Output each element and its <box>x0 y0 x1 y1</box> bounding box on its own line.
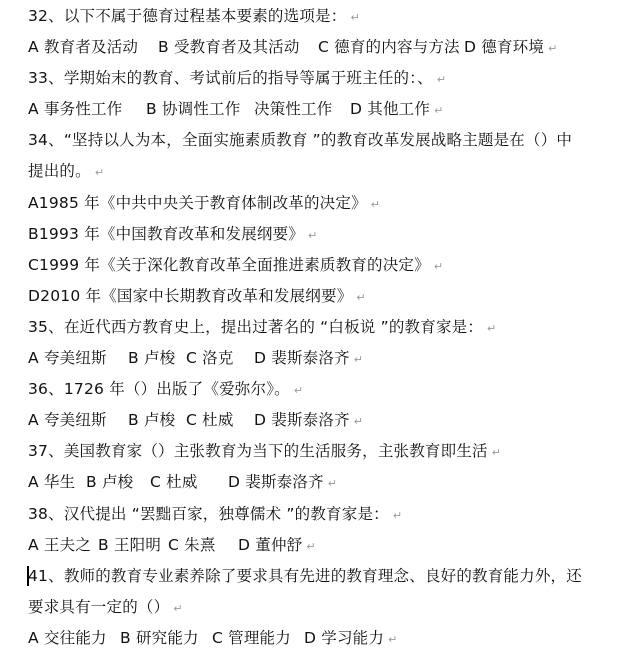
option-a: A 夸美纽斯 <box>28 348 128 368</box>
stem-text: 41、教师的教育专业素养除了要求具有先进的教育理念、良好的教育能力外，还 <box>28 567 582 585</box>
paragraph-mark-icon: ↵ <box>388 633 397 646</box>
option-b: B 协调性工作 <box>146 99 254 119</box>
question-34-stem-line-1: 34、“坚持以人为本，全面实施素质教育 ”的教育改革发展战略主题是在（）中 <box>28 130 572 150</box>
paragraph-mark-icon: ↵ <box>437 73 446 86</box>
paragraph-mark-icon: ↵ <box>393 509 402 522</box>
option-d: D 其他工作 <box>350 99 430 119</box>
stem-text: 37、美国教育家（）主张教育为当下的生活服务，主张教育即生活 <box>28 442 488 460</box>
paragraph-mark-icon: ↵ <box>371 198 380 211</box>
paragraph-mark-icon: ↵ <box>294 384 303 397</box>
paragraph-mark-icon: ↵ <box>354 415 363 428</box>
question-33-stem: 33、学期始末的教育、考试前后的指导等属于班主任的：、↵ <box>28 68 446 90</box>
stem-text: 38、汉代提出 “罢黜百家，独尊儒术 ”的教育家是： <box>28 505 389 523</box>
option-c: C 杜威 <box>186 410 254 430</box>
option-a: A 王夫之 <box>28 535 98 555</box>
option-b: B 卢梭 <box>86 472 150 492</box>
question-36-options: A 夸美纽斯B 卢梭C 杜威D 裴斯泰洛齐↵ <box>28 410 363 432</box>
paragraph-mark-icon: ↵ <box>548 42 557 55</box>
question-35-options: A 夸美纽斯B 卢梭C 洛克D 裴斯泰洛齐↵ <box>28 348 363 370</box>
question-34-option-a: A1985 年《中共中央关于教育体制改革的决定》↵ <box>28 193 380 215</box>
question-38-stem: 38、汉代提出 “罢黜百家，独尊儒术 ”的教育家是：↵ <box>28 504 402 526</box>
question-35-stem: 35、在近代西方教育史上，提出过著名的 “白板说 ”的教育家是：↵ <box>28 317 496 339</box>
option-b: B1993 年《中国教育改革和发展纲要》 <box>28 225 304 243</box>
stem-text: 36、1726 年（）出版了《爱弥尔》。 <box>28 380 290 398</box>
stem-text: 33、学期始末的教育、考试前后的指导等属于班主任的：、 <box>28 69 433 87</box>
paragraph-mark-icon: ↵ <box>492 446 501 459</box>
question-36-stem: 36、1726 年（）出版了《爱弥尔》。↵ <box>28 379 303 401</box>
paragraph-mark-icon: ↵ <box>434 260 443 273</box>
option-d: D 德育环境 <box>464 37 544 57</box>
question-34-stem-line-2: 提出的。↵ <box>28 161 104 183</box>
question-37-options: A 华生B 卢梭C 杜威D 裴斯泰洛齐↵ <box>28 472 337 494</box>
option-d: D 裴斯泰洛齐 <box>228 472 324 492</box>
option-a: A 教育者及活动 <box>28 37 158 57</box>
option-a: A 交往能力 <box>28 628 120 648</box>
stem-text: 35、在近代西方教育史上，提出过著名的 “白板说 ”的教育家是： <box>28 318 483 336</box>
option-b: B 卢梭 <box>128 410 186 430</box>
paragraph-mark-icon: ↵ <box>95 166 104 179</box>
paragraph-mark-icon: ↵ <box>308 229 317 242</box>
option-c: C 杜威 <box>150 472 228 492</box>
option-c: C 管理能力 <box>212 628 304 648</box>
option-b: B 研究能力 <box>120 628 212 648</box>
stem-text: 32、以下不属于德育过程基本要素的选项是： <box>28 7 346 25</box>
option-c: C 德育的内容与方法 <box>318 37 464 57</box>
option-d: D2010 年《国家中长期教育改革和发展纲要》 <box>28 287 352 305</box>
option-a: A 事务性工作 <box>28 99 146 119</box>
option-d: D 学习能力 <box>304 628 384 648</box>
paragraph-mark-icon: ↵ <box>487 322 496 335</box>
question-34-option-c: C1999 年《关于深化教育改革全面推进素质教育的决定》↵ <box>28 255 443 277</box>
stem-text: 要求具有一定的（） <box>28 598 169 616</box>
option-c: 决策性工作 <box>254 99 350 119</box>
stem-text: 34、“坚持以人为本，全面实施素质教育 ”的教育改革发展战略主题是在（）中 <box>28 131 572 149</box>
paragraph-mark-icon: ↵ <box>434 104 443 117</box>
question-41-stem-line-2: 要求具有一定的（）↵ <box>28 597 183 619</box>
question-32-options: A 教育者及活动B 受教育者及其活动C 德育的内容与方法D 德育环境↵ <box>28 37 558 59</box>
option-c: C1999 年《关于深化教育改革全面推进素质教育的决定》 <box>28 256 430 274</box>
option-b: B 卢梭 <box>128 348 186 368</box>
question-37-stem: 37、美国教育家（）主张教育为当下的生活服务，主张教育即生活↵ <box>28 441 501 463</box>
option-d: D 裴斯泰洛齐 <box>254 348 350 368</box>
question-38-options: A 王夫之B 王阳明C 朱熹D 董仲舒↵ <box>28 535 316 557</box>
option-b: B 王阳明 <box>98 535 168 555</box>
option-c: C 朱熹 <box>168 535 238 555</box>
paragraph-mark-icon: ↵ <box>328 477 337 490</box>
option-d: D 裴斯泰洛齐 <box>254 410 350 430</box>
option-b: B 受教育者及其活动 <box>158 37 318 57</box>
stem-text: 提出的。 <box>28 162 91 180</box>
question-33-options: A 事务性工作B 协调性工作决策性工作D 其他工作↵ <box>28 99 444 121</box>
option-c: C 洛克 <box>186 348 254 368</box>
paragraph-mark-icon: ↵ <box>350 11 359 24</box>
option-a: A 夸美纽斯 <box>28 410 128 430</box>
option-a: A1985 年《中共中央关于教育体制改革的决定》 <box>28 194 367 212</box>
option-a: A 华生 <box>28 472 86 492</box>
question-41-stem-line-1: 41、教师的教育专业素养除了要求具有先进的教育理念、良好的教育能力外，还 <box>28 566 582 586</box>
paragraph-mark-icon: ↵ <box>306 540 315 553</box>
question-32-stem: 32、以下不属于德育过程基本要素的选项是：↵ <box>28 6 360 28</box>
option-d: D 董仲舒 <box>238 535 302 555</box>
paragraph-mark-icon: ↵ <box>354 353 363 366</box>
question-41-options: A 交往能力B 研究能力C 管理能力D 学习能力↵ <box>28 628 398 650</box>
paragraph-mark-icon: ↵ <box>173 602 182 615</box>
question-34-option-d: D2010 年《国家中长期教育改革和发展纲要》↵ <box>28 286 366 308</box>
question-34-option-b: B1993 年《中国教育改革和发展纲要》↵ <box>28 224 317 246</box>
paragraph-mark-icon: ↵ <box>356 291 365 304</box>
